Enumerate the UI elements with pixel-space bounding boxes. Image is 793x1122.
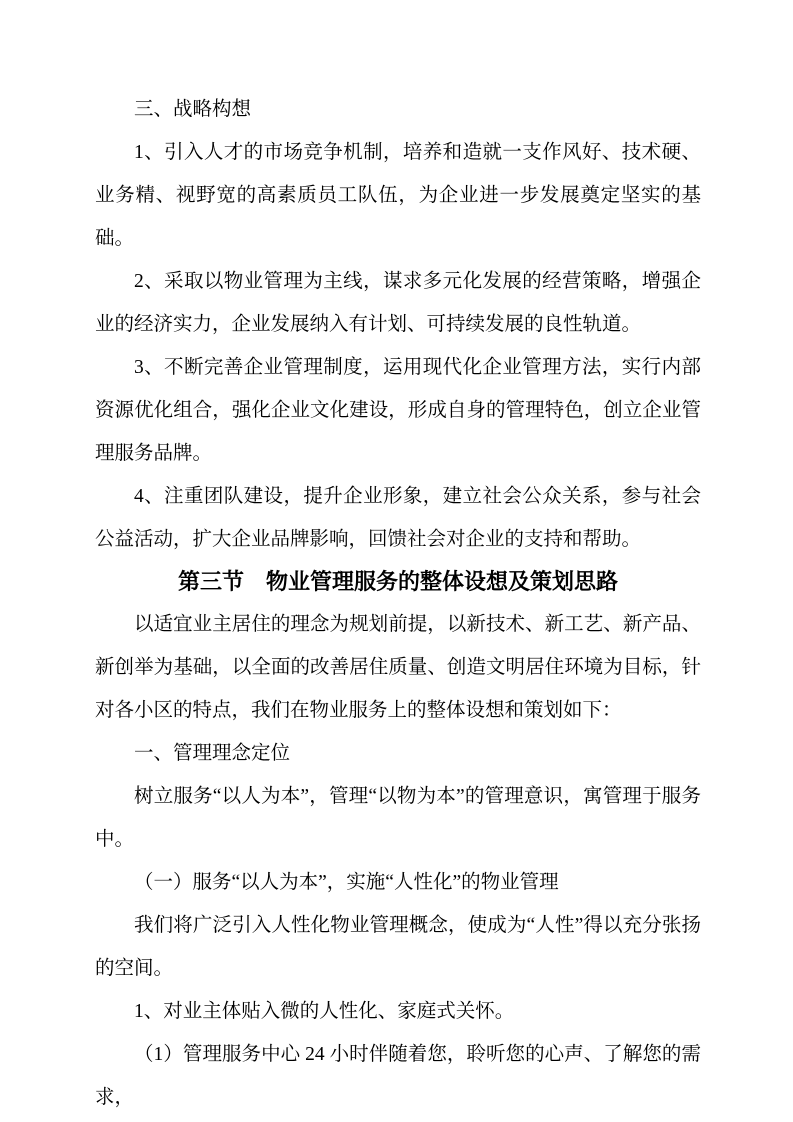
paragraph-people-oriented-title: （一）服务“以人为本”，实施“人性化”的物业管理 xyxy=(95,861,701,904)
paragraph-strategy-item-2: 2、采取以物业管理为主线，谋求多元化发展的经营策略，增强企业的经济实力，企业发展… xyxy=(95,260,701,346)
paragraph-strategy-item-1: 1、引入人才的市场竞争机制，培养和造就一支作风好、技术硬、业务精、视野宽的高素质… xyxy=(95,131,701,260)
paragraph-management-concept-title: 一、管理理念定位 xyxy=(95,732,701,775)
paragraph-overall-plan-intro: 以适宜业主居住的理念为规划前提，以新技术、新工艺、新产品、新创举为基础，以全面的… xyxy=(95,603,701,732)
paragraph-strategy-title: 三、战略构想 xyxy=(95,88,701,131)
document-page: 三、战略构想 1、引入人才的市场竞争机制，培养和造就一支作风好、技术硬、业务精、… xyxy=(0,0,793,1122)
paragraph-service-center-item: （1）管理服务中心 24 小时伴随着您，聆听您的心声、了解您的需求， xyxy=(95,1033,701,1119)
paragraph-care-item-title: 1、对业主体贴入微的人性化、家庭式关怀。 xyxy=(95,990,701,1033)
paragraph-strategy-item-3: 3、不断完善企业管理制度，运用现代化企业管理方法，实行内部资源优化组合，强化企业… xyxy=(95,346,701,475)
paragraph-strategy-item-4: 4、注重团队建设，提升企业形象，建立社会公众关系，参与社会公益活动，扩大企业品牌… xyxy=(95,475,701,561)
paragraph-people-oriented-body: 我们将广泛引入人性化物业管理概念，使成为“人性”得以充分张扬的空间。 xyxy=(95,904,701,990)
paragraph-management-concept-body: 树立服务“以人为本”，管理“以物为本”的管理意识，寓管理于服务中。 xyxy=(95,775,701,861)
section-heading: 第三节 物业管理服务的整体设想及策划思路 xyxy=(95,561,701,603)
